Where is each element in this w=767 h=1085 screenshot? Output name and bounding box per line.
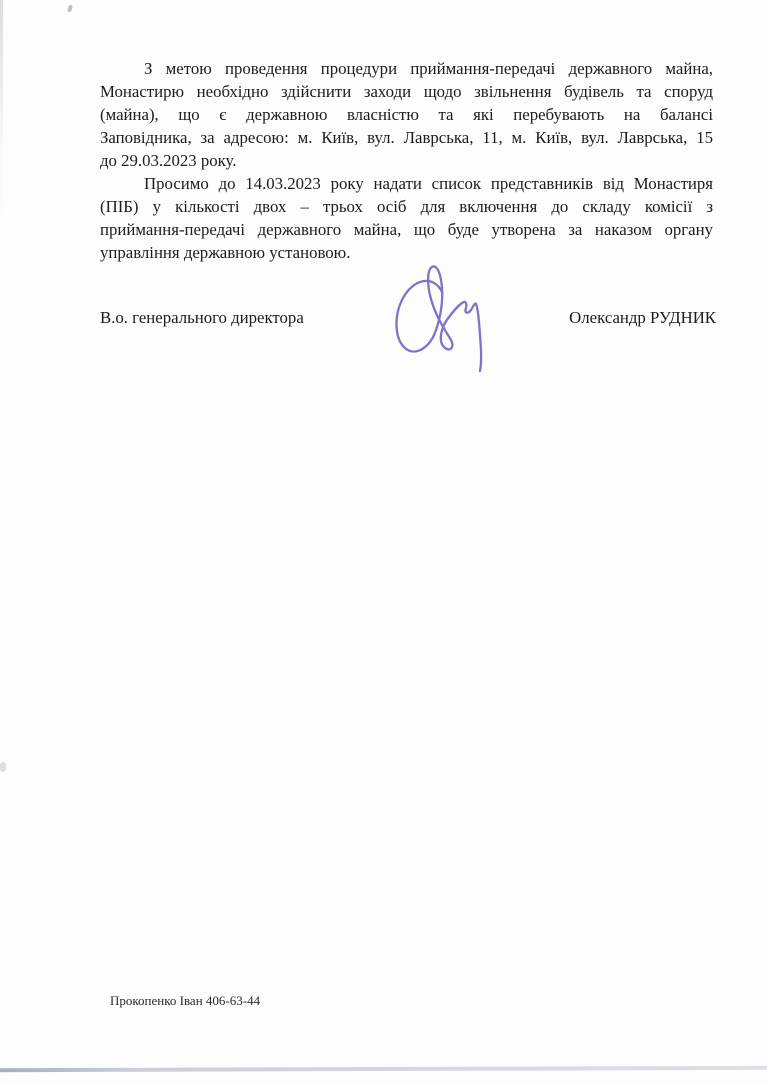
page-edge-shadow-bottom xyxy=(0,1066,767,1072)
text-line: Просимо до 14.03.2023 року надати список… xyxy=(100,172,713,195)
text-line: Заповідника, за адресою: м. Київ, вул. Л… xyxy=(100,126,713,149)
text-line: (ПІБ) у кількості двох – трьох осіб для … xyxy=(100,195,713,218)
scanned-letter-page: З метою проведення процедури приймання-п… xyxy=(0,0,767,1085)
text-line: до 29.03.2023 року. xyxy=(100,149,713,172)
text-line: Монастирю необхідно здійснити заходи щод… xyxy=(100,80,713,103)
text-line: приймання-передачі державного майна, що … xyxy=(100,218,713,241)
paragraph-1: З метою проведення процедури приймання-п… xyxy=(100,57,713,172)
text-line: З метою проведення процедури приймання-п… xyxy=(100,57,713,80)
signer-position-title: В.о. генерального директора xyxy=(100,306,304,329)
footer-contact: Прокопенко Іван 406-63-44 xyxy=(110,992,260,1010)
page-edge-shadow-left xyxy=(0,0,3,240)
letter-body: З метою проведення процедури приймання-п… xyxy=(100,57,713,264)
signer-name: Олександр РУДНИК xyxy=(569,306,716,329)
scan-speck xyxy=(67,5,73,13)
handwritten-signature xyxy=(384,258,494,383)
text-line: (майна), що є державною власністю та які… xyxy=(100,103,713,126)
signature-stroke xyxy=(396,266,481,371)
scan-speck xyxy=(0,762,6,772)
paragraph-2: Просимо до 14.03.2023 року надати список… xyxy=(100,172,713,264)
